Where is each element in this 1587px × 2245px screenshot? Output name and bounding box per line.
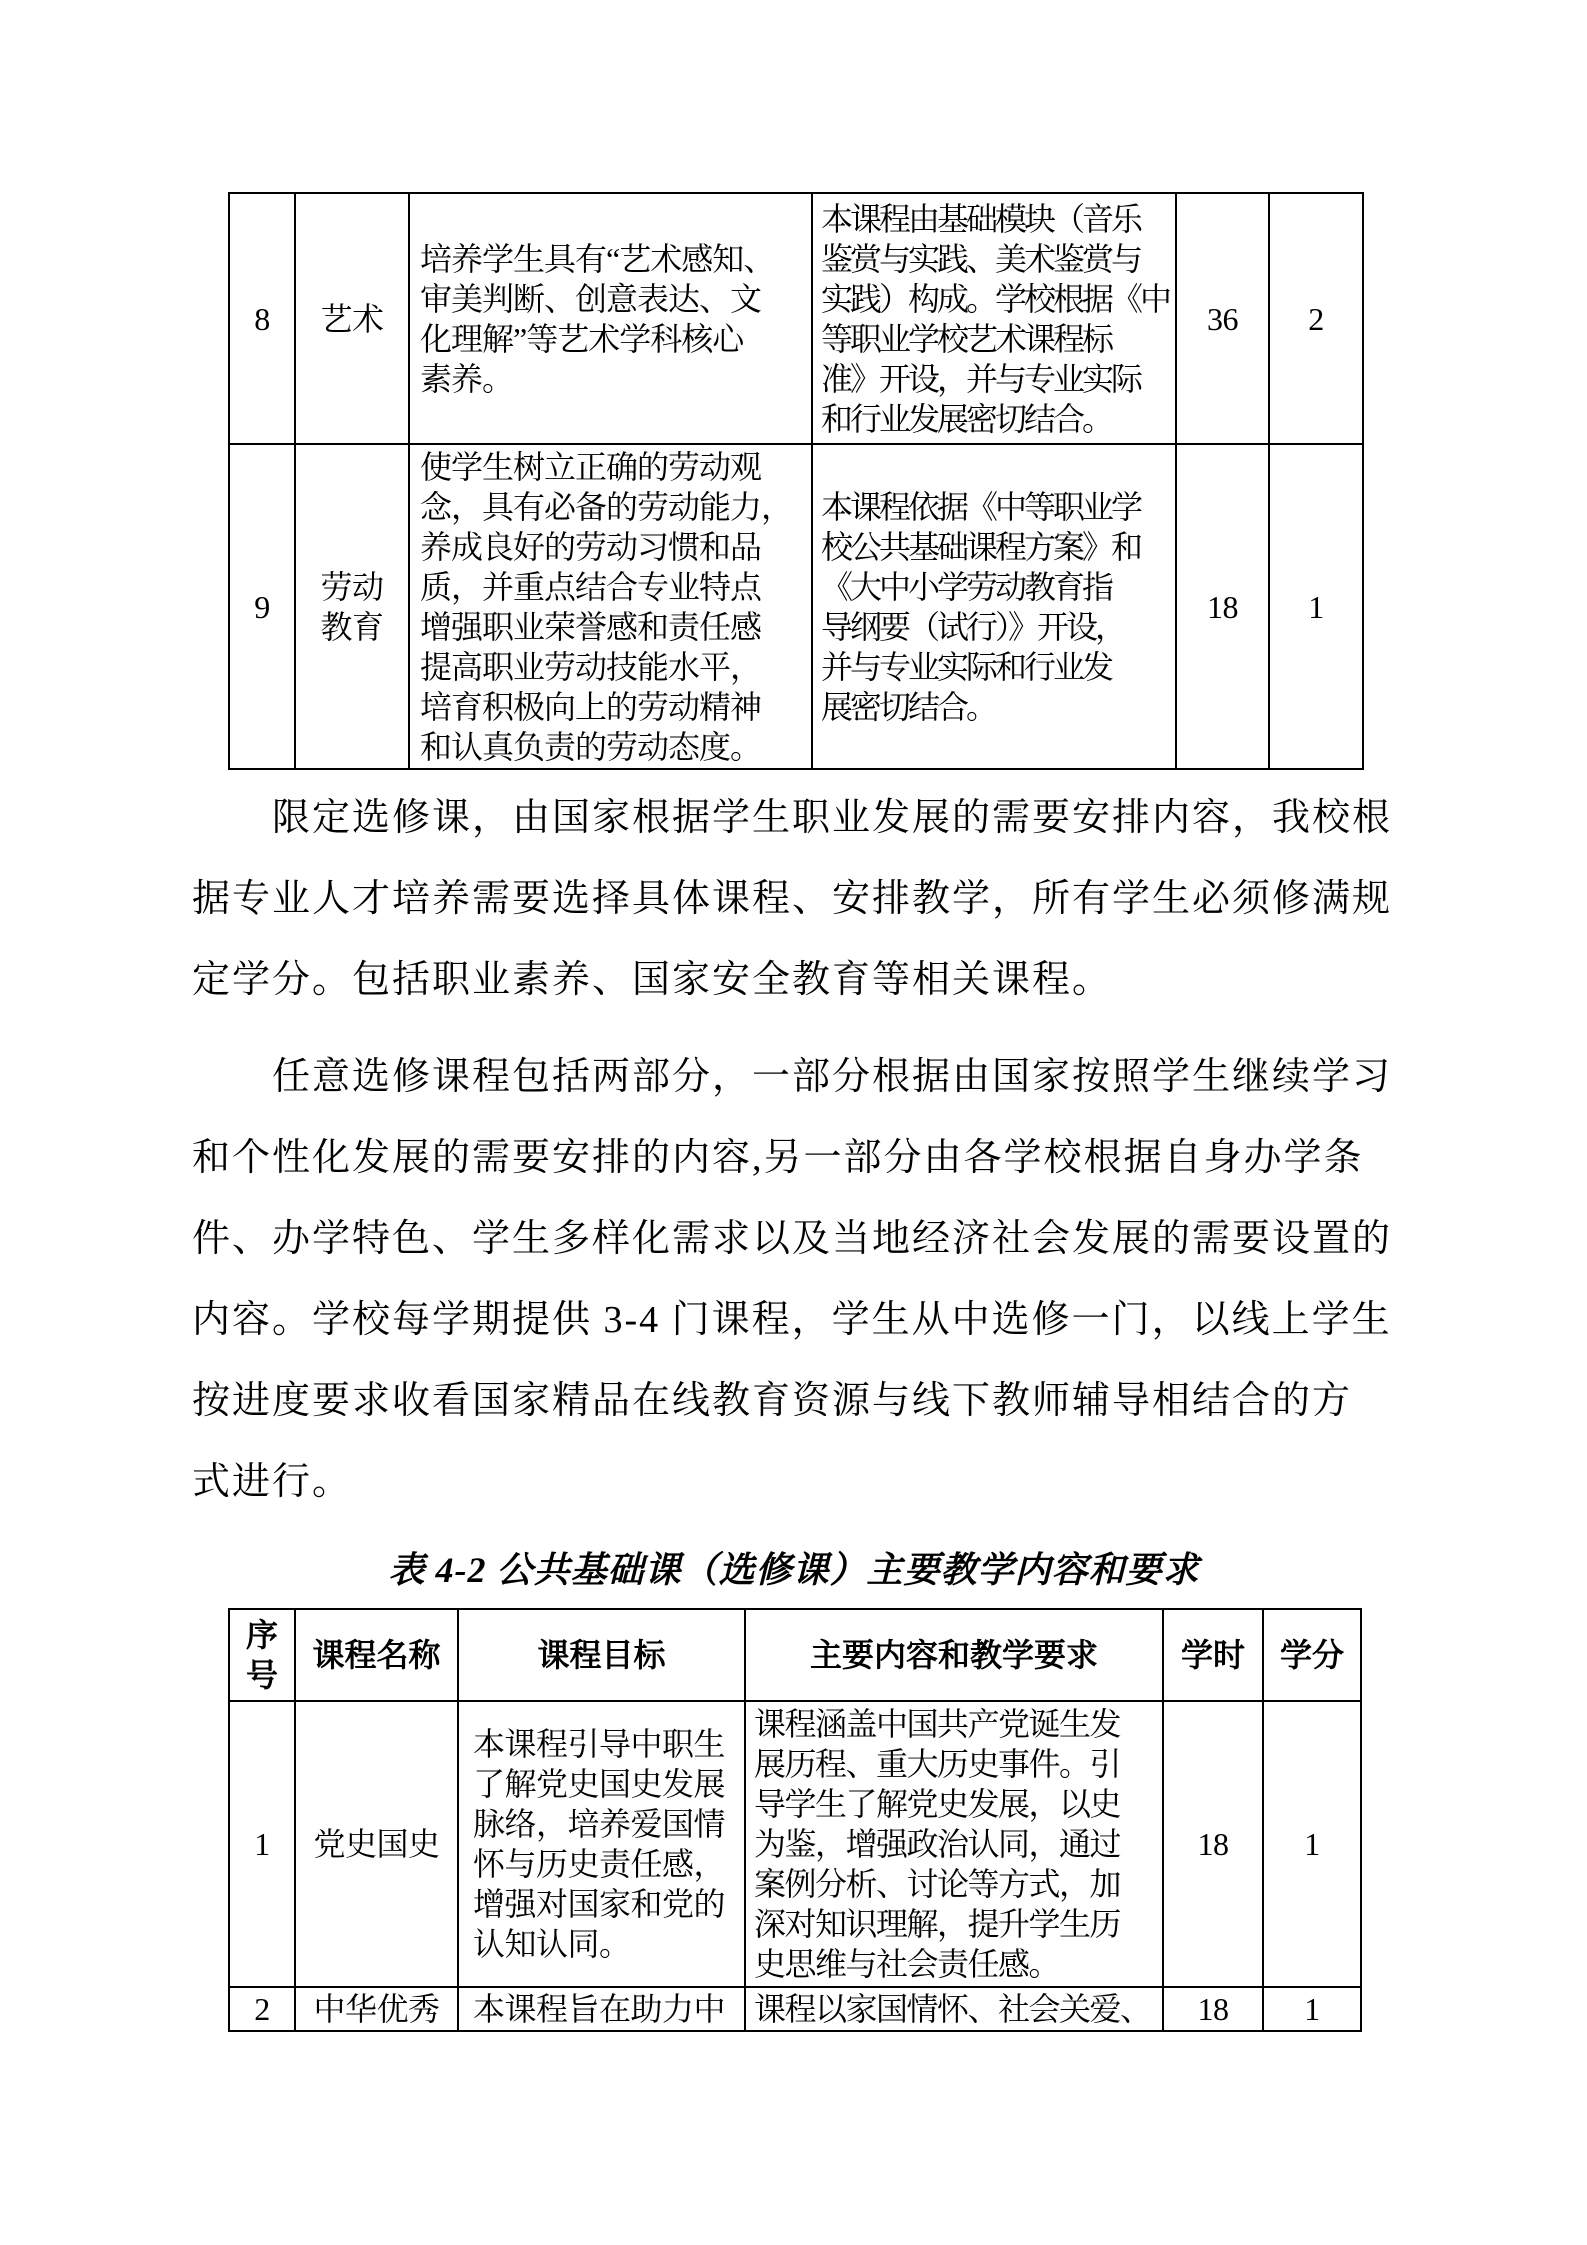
cell-credits: 1 bbox=[1264, 1988, 1362, 2032]
cell-credits: 1 bbox=[1270, 445, 1364, 770]
cell-course-content: 本课程由基础模块（音乐鉴赏与实践、美术鉴赏与实践）构成。学校根据《中等职业学校艺… bbox=[813, 194, 1177, 445]
text-line: 展历程、重大历史事件。引 bbox=[754, 1744, 1120, 1784]
text-line: 导学生了解党史发展，以史 bbox=[754, 1784, 1120, 1824]
text-line: 鉴赏与实践、美术鉴赏与 bbox=[821, 239, 1140, 279]
paragraph-line: 件、办学特色、学生多样化需求以及当地经济社会发展的需要设置的 bbox=[192, 1199, 1402, 1280]
text-line: 2 bbox=[1308, 299, 1324, 339]
text-line: 使学生树立正确的劳动观 bbox=[420, 447, 761, 487]
header-no: 序号 bbox=[230, 1610, 296, 1702]
cell-course-name: 党史国史 bbox=[296, 1702, 459, 1988]
cell-no: 1 bbox=[230, 1702, 296, 1988]
cell-course-objective: 使学生树立正确的劳动观念，具有必备的劳动能力，养成良好的劳动习惯和品质，并重点结… bbox=[410, 445, 813, 770]
text-line: 课程目标 bbox=[537, 1635, 665, 1675]
table-4-2-caption: 表 4-2 公共基础课（选修课）主要教学内容和要求 bbox=[228, 1545, 1360, 1595]
cell-hours: 18 bbox=[1177, 445, 1270, 770]
header-credits: 学分 bbox=[1264, 1610, 1362, 1702]
text-line: 劳动 bbox=[320, 567, 383, 607]
text-line: 36 bbox=[1207, 299, 1238, 339]
text-line: 9 bbox=[254, 587, 270, 627]
text-line: 2 bbox=[254, 1989, 270, 2029]
text-line: 本课程旨在助力中 bbox=[473, 1989, 725, 2029]
document-page: 8艺术培养学生具有“艺术感知、审美判断、创意表达、文化理解”等艺术学科核心素养。… bbox=[0, 0, 1587, 2245]
text-line: 艺术 bbox=[320, 299, 383, 339]
header-content: 主要内容和教学要求 bbox=[746, 1610, 1164, 1702]
table-4-1-continued: 8艺术培养学生具有“艺术感知、审美判断、创意表达、文化理解”等艺术学科核心素养。… bbox=[228, 192, 1364, 770]
paragraph-line: 和个性化发展的需要安排的内容,另一部分由各学校根据自身办学条 bbox=[192, 1118, 1402, 1199]
text-line: 准》开设，并与专业实际 bbox=[821, 359, 1140, 399]
cell-course-content: 课程涵盖中国共产党诞生发展历程、重大历史事件。引导学生了解党史发展，以史为鉴，增… bbox=[746, 1702, 1164, 1988]
cell-course-objective: 培养学生具有“艺术感知、审美判断、创意表达、文化理解”等艺术学科核心素养。 bbox=[410, 194, 813, 445]
cell-no: 8 bbox=[230, 194, 296, 445]
text-line: 为鉴，增强政治认同，通过 bbox=[754, 1824, 1120, 1864]
text-line: 学分 bbox=[1280, 1635, 1344, 1675]
cell-hours: 36 bbox=[1177, 194, 1270, 445]
cell-credits: 2 bbox=[1270, 194, 1364, 445]
text-line: 展密切结合。 bbox=[821, 687, 995, 727]
text-line: 养成良好的劳动习惯和品 bbox=[420, 527, 761, 567]
cell-no: 2 bbox=[230, 1988, 296, 2032]
paragraph-limited-electives: 限定选修课，由国家根据学生职业发展的需要安排内容，我校根据专业人才培养需要选择具… bbox=[192, 778, 1402, 1021]
text-line: 中华优秀 bbox=[313, 1989, 439, 2029]
text-line: 课程以家国情怀、社会关爱、 bbox=[754, 1989, 1151, 2029]
text-line: 提高职业劳动技能水平， bbox=[420, 647, 761, 687]
text-line: 《大中小学劳动教育指 bbox=[821, 567, 1111, 607]
header-hours: 学时 bbox=[1164, 1610, 1264, 1702]
paragraph-line: 式进行。 bbox=[192, 1442, 1402, 1523]
paragraph-line: 按进度要求收看国家精品在线教育资源与线下教师辅导相结合的方 bbox=[192, 1361, 1402, 1442]
text-line: 化理解”等艺术学科核心 bbox=[420, 319, 743, 359]
text-line: 党史国史 bbox=[313, 1824, 439, 1864]
text-line: 课程涵盖中国共产党诞生发 bbox=[754, 1704, 1120, 1744]
text-line: 增强对国家和党的 bbox=[473, 1884, 725, 1924]
text-line: 等职业学校艺术课程标 bbox=[821, 319, 1111, 359]
text-line: 1 bbox=[1304, 1989, 1320, 2029]
text-line: 本课程由基础模块（音乐 bbox=[821, 199, 1140, 239]
text-line: 培养学生具有“艺术感知、 bbox=[420, 239, 774, 279]
table-4-2: 序号课程名称课程目标主要内容和教学要求学时学分1党史国史本课程引导中职生了解党史… bbox=[228, 1608, 1362, 2032]
text-line: 序 bbox=[246, 1615, 278, 1655]
text-line: 和行业发展密切结合。 bbox=[821, 399, 1111, 439]
text-line: 号 bbox=[246, 1655, 278, 1695]
text-line: 18 bbox=[1198, 1824, 1229, 1864]
text-line: 18 bbox=[1198, 1989, 1229, 2029]
cell-hours: 18 bbox=[1164, 1702, 1264, 1988]
text-line: 和认真负责的劳动态度。 bbox=[420, 727, 761, 767]
cell-course-objective: 本课程旨在助力中 bbox=[459, 1988, 746, 2032]
header-course-name: 课程名称 bbox=[296, 1610, 459, 1702]
paragraph-free-electives: 任意选修课程包括两部分，一部分根据由国家按照学生继续学习和个性化发展的需要安排的… bbox=[192, 1037, 1402, 1523]
text-line: 18 bbox=[1207, 587, 1238, 627]
text-line: 8 bbox=[254, 299, 270, 339]
text-line: 并与专业实际和行业发 bbox=[821, 647, 1111, 687]
text-line: 审美判断、创意表达、文 bbox=[420, 279, 761, 319]
text-line: 1 bbox=[1308, 587, 1324, 627]
text-line: 本课程依据《中等职业学 bbox=[821, 487, 1140, 527]
text-line: 实践）构成。学校根据《中 bbox=[821, 279, 1169, 319]
text-line: 课程名称 bbox=[312, 1635, 440, 1675]
cell-credits: 1 bbox=[1264, 1702, 1362, 1988]
text-line: 教育 bbox=[320, 607, 383, 647]
text-line: 增强职业荣誉感和责任感 bbox=[420, 607, 761, 647]
cell-course-content: 课程以家国情怀、社会关爱、 bbox=[746, 1988, 1164, 2032]
cell-course-name: 劳动教育 bbox=[296, 445, 410, 770]
cell-course-objective: 本课程引导中职生了解党史国史发展脉络，培养爱国情怀与历史责任感，增强对国家和党的… bbox=[459, 1702, 746, 1988]
text-line: 本课程引导中职生 bbox=[473, 1724, 725, 1764]
text-line: 校公共基础课程方案》和 bbox=[821, 527, 1140, 567]
paragraph-line: 限定选修课，由国家根据学生职业发展的需要安排内容，我校根 bbox=[192, 778, 1402, 859]
cell-hours: 18 bbox=[1164, 1988, 1264, 2032]
cell-no: 9 bbox=[230, 445, 296, 770]
text-line: 主要内容和教学要求 bbox=[810, 1635, 1098, 1675]
text-line: 了解党史国史发展 bbox=[473, 1764, 725, 1804]
text-line: 学时 bbox=[1181, 1635, 1245, 1675]
text-line: 导纲要（试行）》开设， bbox=[821, 607, 1124, 647]
text-line: 脉络，培养爱国情 bbox=[473, 1804, 725, 1844]
text-line: 1 bbox=[1304, 1824, 1320, 1864]
paragraph-line: 任意选修课程包括两部分，一部分根据由国家按照学生继续学习 bbox=[192, 1037, 1402, 1118]
text-line: 史思维与社会责任感。 bbox=[754, 1944, 1059, 1984]
paragraph-line: 内容。学校每学期提供 3-4 门课程，学生从中选修一门，以线上学生 bbox=[192, 1280, 1402, 1361]
cell-course-name: 艺术 bbox=[296, 194, 410, 445]
text-line: 认知认同。 bbox=[473, 1924, 631, 1964]
text-line: 案例分析、讨论等方式，加 bbox=[754, 1864, 1120, 1904]
cell-course-content: 本课程依据《中等职业学校公共基础课程方案》和《大中小学劳动教育指导纲要（试行）》… bbox=[813, 445, 1177, 770]
text-line: 念，具有必备的劳动能力， bbox=[420, 487, 792, 527]
text-line: 培育积极向上的劳动精神 bbox=[420, 687, 761, 727]
text-line: 质，并重点结合专业特点 bbox=[420, 567, 761, 607]
paragraph-line: 据专业人才培养需要选择具体课程、安排教学，所有学生必须修满规 bbox=[192, 859, 1402, 940]
text-line: 深对知识理解，提升学生历 bbox=[754, 1904, 1120, 1944]
cell-course-name: 中华优秀 bbox=[296, 1988, 459, 2032]
text-line: 怀与历史责任感， bbox=[473, 1844, 725, 1884]
text-line: 1 bbox=[254, 1824, 270, 1864]
paragraph-line: 定学分。包括职业素养、国家安全教育等相关课程。 bbox=[192, 940, 1402, 1021]
text-line: 素养。 bbox=[420, 359, 513, 399]
header-course-objective: 课程目标 bbox=[459, 1610, 746, 1702]
